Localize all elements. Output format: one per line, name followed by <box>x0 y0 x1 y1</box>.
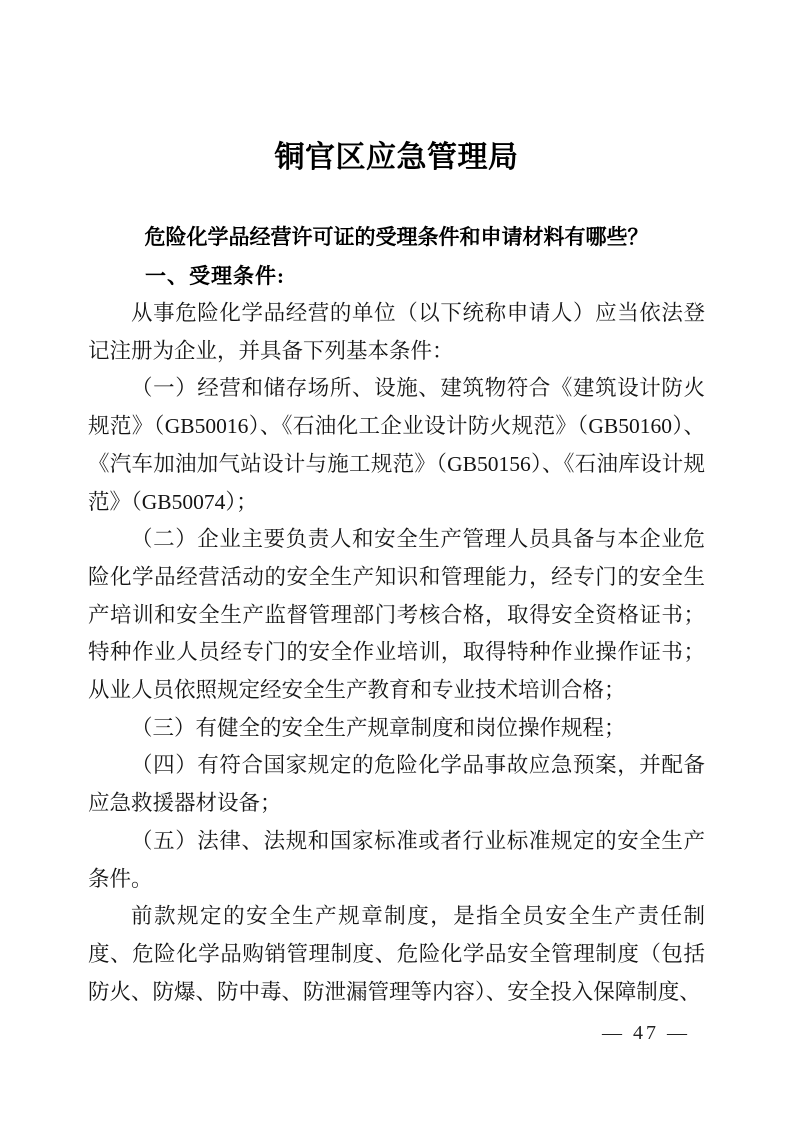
body-paragraph: （三）有健全的安全生产规章制度和岗位操作规程； <box>88 710 705 748</box>
body-paragraph: （二）企业主要负责人和安全生产管理人员具备与本企业危险化学品经营活动的安全生产知… <box>88 521 705 710</box>
page-footer: — 47 — <box>602 1021 690 1045</box>
body-text: 从事危险化学品经营的单位（以下统称申请人）应当依法登记注册为企业，并具备下列基本… <box>88 295 705 1011</box>
body-paragraph: （五）法律、法规和国家标准或者行业标准规定的安全生产条件。 <box>88 823 705 898</box>
body-paragraph: 前款规定的安全生产规章制度，是指全员安全生产责任制度、危险化学品购销管理制度、危… <box>88 898 705 1011</box>
body-paragraph: （四）有符合国家规定的危险化学品事故应急预案，并配备应急救援器材设备； <box>88 747 705 822</box>
section-heading: 一、受理条件: <box>88 262 705 291</box>
page-number: — 47 — <box>602 1022 690 1044</box>
body-paragraph: （一）经营和储存场所、设施、建筑物符合《建筑设计防火规范》（GB50016）、《… <box>88 370 705 521</box>
document-page: 铜官区应急管理局 危险化学品经营许可证的受理条件和申请材料有哪些？ 一、受理条件… <box>0 0 793 1122</box>
body-paragraph: 从事危险化学品经营的单位（以下统称申请人）应当依法登记注册为企业，并具备下列基本… <box>88 295 705 370</box>
document-subtitle: 危险化学品经营许可证的受理条件和申请材料有哪些？ <box>0 223 793 253</box>
document-title: 铜官区应急管理局 <box>0 139 793 177</box>
